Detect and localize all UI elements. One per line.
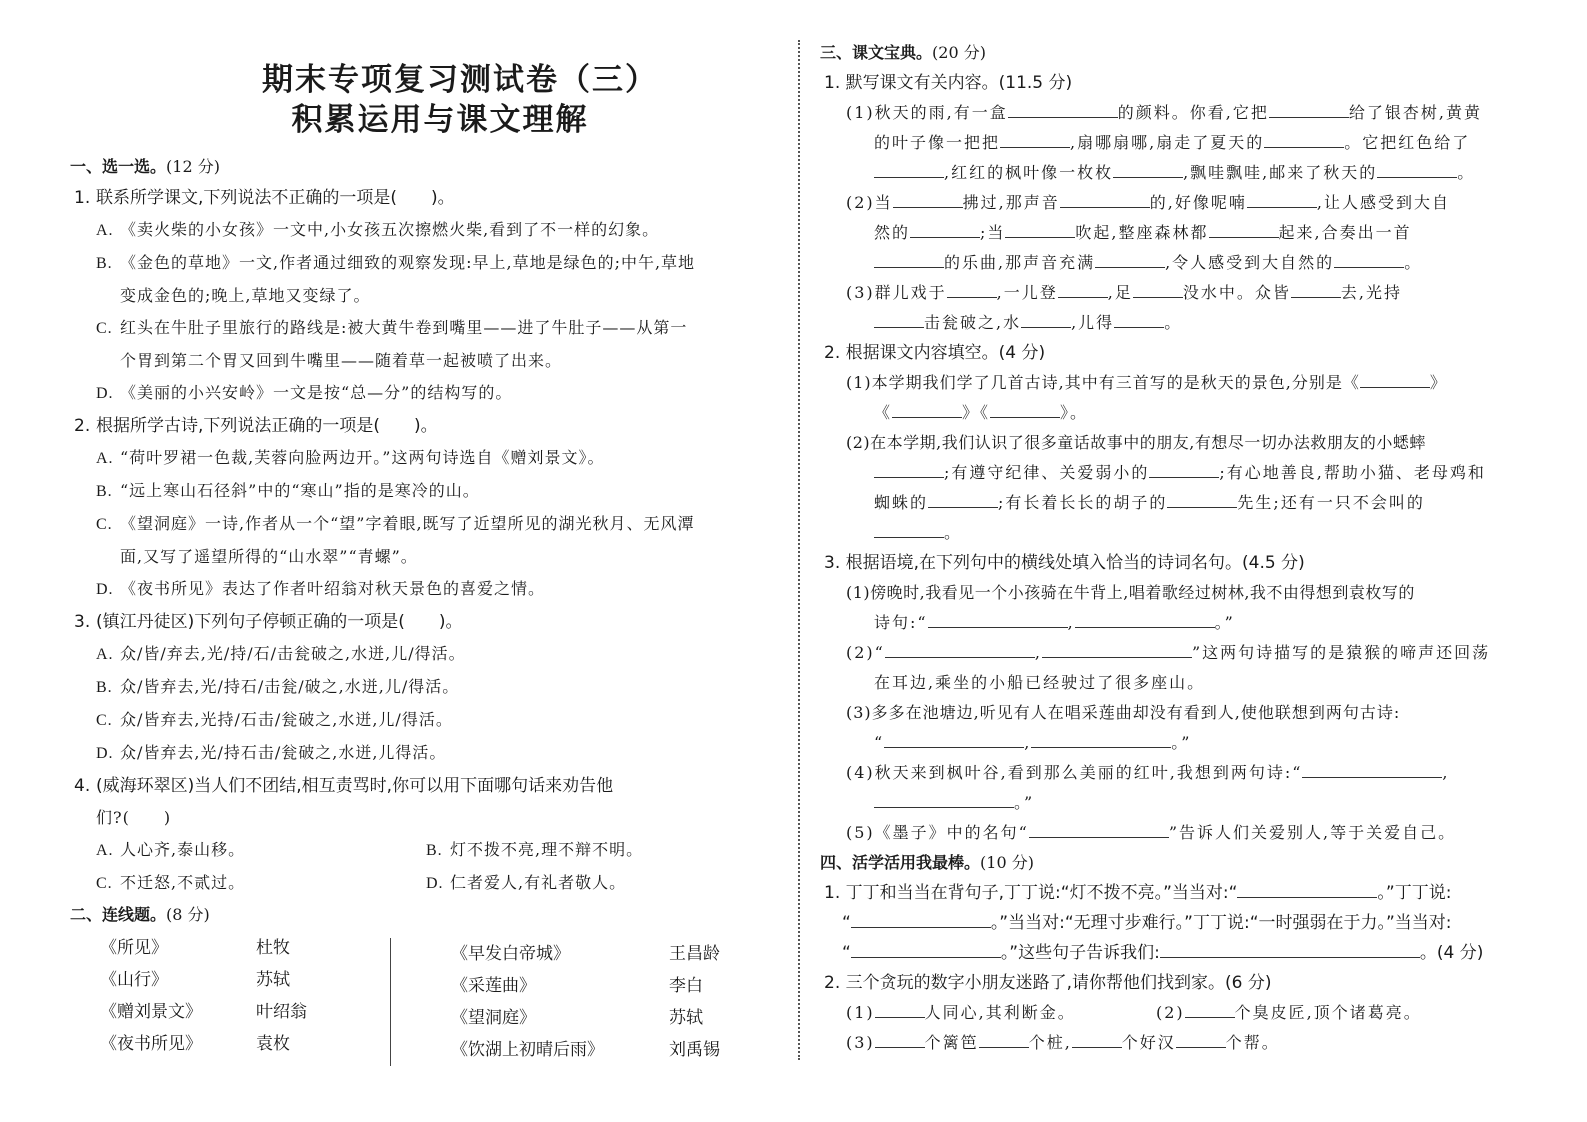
text-segment: 丁丁和当当在背句子,丁丁说:“灯不拨不亮。”当当对:“ [846,883,1238,903]
poet-name[interactable]: 苏轼 [669,1002,703,1034]
blank-field[interactable] [1264,130,1344,148]
option-c[interactable]: C.众/皆弃去,光持/石击/瓮破之,水迸,儿/得活。 [70,704,770,737]
text-segment: (4)秋天来到枫叶谷,看到那么美丽的红叶,我想到两句诗:“ [846,763,1302,782]
text-segment: 3. [74,606,96,638]
text-segment: D. [96,574,120,606]
text-segment: 一、选一选。 [70,157,166,176]
text-segment: 个好汉 [1122,1033,1176,1052]
poet-name[interactable]: 杜牧 [256,932,290,964]
text-segment: (12 分) [166,157,220,176]
text-segment: (10 分) [980,853,1034,872]
fill-paragraph: “。”当当对:“无理寸步难行。”丁丁说:“一时强弱在于力。”当当对: [820,908,1520,938]
text-segment: (3) [846,1033,875,1052]
text-segment: “ [842,943,851,963]
blank-field[interactable] [1060,190,1150,208]
text-segment: 。 [1404,253,1422,272]
text-segment: (2)在本学期,我们认识了很多童话故事中的朋友,有想尽一切办法救朋友的小蟋蟀 [846,433,1426,452]
fill-paragraph: 蜘蛛的;有长着长长的胡子的先生;还有一只不会叫的 [820,488,1520,518]
right-column: 三、课文宝典。(20 分) 1. 默写课文有关内容。(11.5 分) (1)秋天… [820,38,1520,1058]
blank-field[interactable] [928,610,1068,628]
fill-paragraph: 。 [820,518,1520,548]
text-segment: 《金色的草地》一文,作者通过细致的观察发现:早上,草地是绿色的;中午,草地 [120,253,695,272]
text-segment: C. [96,313,120,345]
fill-paragraph: (2)当拂过,那声音的,好像呢喃,让人感受到大自 [820,188,1520,218]
option-a[interactable]: A.《卖火柴的小女孩》一文中,小女孩五次擦燃火柴,看到了不一样的幻象。 [70,214,770,247]
option-c[interactable]: C.不迁怒,不贰过。 [70,867,400,900]
text-segment: (4 分) [1437,943,1483,963]
poem-title[interactable]: 《山行》 [100,964,256,996]
blank-field[interactable] [874,520,944,538]
text-segment: 。 [1164,313,1182,332]
blank-field[interactable] [1072,1030,1122,1048]
blank-field[interactable] [910,220,980,238]
option-a[interactable]: A.众/皆/弃去,光/持/石/击瓮破之,水迸,儿/得活。 [70,638,770,671]
text-segment: “ [842,913,851,933]
text-segment: ,让人感受到大自 [1317,193,1450,212]
text-segment: 击瓮破之,水 [924,313,1021,332]
s3-question-3: 3. 根据语境,在下列句中的横线处填入恰当的诗词名句。(4.5 分) [820,548,1520,578]
text-segment: 根据语境,在下列句中的横线处填入恰当的诗词名句。 [846,553,1242,573]
left-column: 期末专项复习测试卷（三） 积累运用与课文理解 一、选一选。(12 分) 1.联系… [70,60,770,1066]
match-row: 《望洞庭》苏轼 [451,1002,750,1034]
blank-field[interactable] [1237,880,1377,898]
blank-field[interactable] [1113,160,1183,178]
option-d[interactable]: D.众/皆弃去,光/持石击/瓮破之,水迸,儿得活。 [70,737,770,770]
text-segment: (1) [846,1003,875,1022]
text-segment: 去,光持 [1341,283,1402,302]
text-segment: , [1068,613,1075,632]
option-c-continued: 个胃到第二个胃又回到牛嘴里——随着草一起被喷了出来。 [70,345,770,377]
option-d[interactable]: D.《夜书所见》表达了作者叶绍翁对秋天景色的喜爱之情。 [70,573,770,606]
blank-field[interactable] [1133,280,1183,298]
text-segment: D. [426,868,450,900]
blank-field[interactable] [1095,250,1165,268]
text-segment: 的颜料。你看,它把 [1118,103,1269,122]
text-segment: ,飘哇飘哇,邮来了秋天的 [1183,163,1377,182]
poem-title[interactable]: 《夜书所见》 [100,1028,256,1060]
text-segment: 蜘蛛的 [874,493,928,512]
matching-group-right: 《早发白帝城》王昌龄 《采莲曲》李白 《望洞庭》苏轼 《饮湖上初晴后雨》刘禹锡 [390,938,750,1066]
blank-field[interactable] [884,730,1024,748]
option-b[interactable]: B.灯不拨不亮,理不辩不明。 [400,834,730,867]
option-a[interactable]: A.“荷叶罗裙一色裁,芙蓉向脸两边开。”这两句诗选自《赠刘景文》。 [70,442,770,475]
s3-question-1: 1. 默写课文有关内容。(11.5 分) [820,68,1520,98]
fill-paragraph: (3)多多在池塘边,听见有人在唱采莲曲却没有看到人,使他联想到两句古诗: [820,698,1520,728]
s4-question-2: 2. 三个贪玩的数字小朋友迷路了,请你帮他们找到家。(6 分) [820,968,1520,998]
blank-field[interactable] [851,910,991,928]
text-segment: D. [96,378,120,410]
fill-paragraph: 在耳边,乘坐的小船已经驶过了很多座山。 [820,668,1520,698]
exam-page: 期末专项复习测试卷（三） 积累运用与课文理解 一、选一选。(12 分) 1.联系… [0,0,1587,1122]
fill-paragraph: (1)本学期我们学了几首古诗,其中有三首写的是秋天的景色,分别是《》 [820,368,1520,398]
fill-paragraph: (1)秋天的雨,有一盒的颜料。你看,它把给了银杏树,黄黄 [820,98,1520,128]
text-segment: (1)本学期我们学了几首古诗,其中有三首写的是秋天的景色,分别是《 [846,373,1360,392]
option-a[interactable]: A.人心齐,泰山移。 [70,834,400,867]
text-segment: ,红红的枫叶像一枚枚 [944,163,1113,182]
text-segment: 三个贪玩的数字小朋友迷路了,请你帮他们找到家。 [846,973,1225,993]
text-segment: 灯不拨不亮,理不辩不明。 [450,840,643,859]
blank-field[interactable] [874,460,944,478]
text-segment: 个臭皮匠,顶个诸葛亮。 [1235,1003,1422,1022]
blank-field[interactable] [1291,280,1341,298]
fill-paragraph: (1)傍晚时,我看见一个小孩骑在牛背上,唱着歌经过树林,我不由得想到袁枚写的 [820,578,1520,608]
text-segment: 人心齐,泰山移。 [120,840,245,859]
poet-name[interactable]: 苏轼 [256,964,290,996]
fill-paragraph: “,。” [820,728,1520,758]
text-segment: 默写课文有关内容。 [846,73,999,93]
text-segment: (2) [1156,1003,1185,1022]
text-segment: A. [96,215,120,247]
text-segment: 。它把红色给了 [1344,133,1470,152]
text-segment: 2. [74,410,96,442]
blank-field[interactable] [1377,160,1457,178]
text-segment: 人同心,其利断金。 [925,1003,1076,1022]
option-c[interactable]: C.红头在牛肚子里旅行的路线是:被大黄牛卷到嘴里——进了牛肚子——从第一 [70,312,770,345]
text-segment: (8 分) [166,905,210,924]
text-segment: ,扇哪扇哪,扇走了夏天的 [1070,133,1264,152]
text-segment: (2)“ [846,643,885,662]
text-segment: 》 [1430,373,1447,392]
blank-field[interactable] [893,190,963,208]
option-c-continued: 面,又写了遥望所得的“山水翠”“青螺”。 [70,541,770,573]
blank-field[interactable] [1160,940,1420,958]
fill-paragraph: ;有遵守纪律、关爱弱小的;有心地善良,帮助小猫、老母鸡和 [820,458,1520,488]
text-segment: 2. [824,343,840,363]
blank-field[interactable] [1360,370,1430,388]
blank-field[interactable] [892,400,962,418]
fill-paragraph: (3)个篱笆个桩,个好汉个帮。 [820,1028,1520,1058]
text-segment: B. [96,476,120,508]
blank-field[interactable] [851,940,1001,958]
text-segment: 不迁怒,不贰过。 [120,873,245,892]
text-segment: (1)秋天的雨,有一盒 [846,103,1008,122]
text-segment: 1. [824,883,840,903]
blank-field[interactable] [979,1030,1029,1048]
text-segment: 。” [1215,613,1235,632]
match-row: 《饮湖上初晴后雨》刘禹锡 [451,1034,750,1066]
text-segment: 《望洞庭》一诗,作者从一个“望”字着眼,既写了近望所见的湖光秋月、无风潭 [120,514,695,533]
text-segment: 众/皆弃去,光/持石/击瓮/破之,水迸,儿/得活。 [120,677,459,696]
text-segment: A. [96,639,120,671]
text-segment: , [1442,763,1449,782]
blank-field[interactable] [1029,820,1169,838]
text-segment: 。 [1420,943,1437,963]
text-segment: 。”当当对:“无理寸步难行。”丁丁说:“一时强弱在于力。”当当对: [991,913,1452,933]
text-segment: ;有心地善良,帮助小猫、老母鸡和 [1219,463,1485,482]
text-segment: 根据所学古诗,下列说法正确的一项是( )。 [96,416,438,436]
blank-field[interactable] [1247,190,1317,208]
poem-title[interactable]: 《望洞庭》 [451,1002,669,1034]
blank-field[interactable] [874,160,944,178]
text-segment: 个桩, [1029,1033,1072,1052]
text-segment: 联系所学课文,下列说法不正确的一项是( )。 [96,188,455,208]
question-1: 1.联系所学课文,下列说法不正确的一项是( )。 [70,182,770,214]
fill-paragraph: (2)在本学期,我们认识了很多童话故事中的朋友,有想尽一切办法救朋友的小蟋蟀 [820,428,1520,458]
blank-field[interactable] [928,490,998,508]
text-segment: “荷叶罗裙一色裁,芙蓉向脸两边开。”这两句诗选自《赠刘景文》。 [120,448,604,467]
option-b[interactable]: B.众/皆弃去,光/持石/击瓮/破之,水迸,儿/得活。 [70,671,770,704]
blank-field[interactable] [1058,280,1108,298]
option-c[interactable]: C.《望洞庭》一诗,作者从一个“望”字着眼,既写了近望所见的湖光秋月、无风潭 [70,508,770,541]
fill-paragraph: (5)《墨子》中的名句“”告诉人们关爱别人,等于关爱自己。 [820,818,1520,848]
text-segment: 的,好像呢喃 [1150,193,1247,212]
text-segment: ”这两句诗描写的是猿猴的啼声还回荡 [1192,643,1490,662]
text-segment: ”告诉人们关爱别人,等于关爱自己。 [1169,823,1456,842]
text-segment: (2)当 [846,193,893,212]
poet-name[interactable]: 叶绍翁 [256,996,307,1028]
text-segment: 的叶子像一把把 [874,133,1000,152]
text-segment: 个篱笆 [925,1033,979,1052]
text-segment: 1. [74,182,96,214]
text-segment: 给了银杏树,黄黄 [1349,103,1482,122]
poet-name[interactable]: 刘禹锡 [669,1034,720,1066]
text-segment: , [1024,733,1031,752]
text-segment: (镇江丹徒区)下列句子停顿正确的一项是( )。 [96,612,463,632]
text-segment: ,令人感受到大自然的 [1165,253,1334,272]
page-divider [798,40,800,1060]
s4-question-1: 1. 丁丁和当当在背句子,丁丁说:“灯不拨不亮。”当当对:“。”丁丁说: [820,878,1520,908]
question-4-continued: 们?( ) [70,802,770,834]
text-segment: 3. [824,553,840,573]
section-1-heading: 一、选一选。(12 分) [70,152,770,182]
blank-field[interactable] [1000,130,1070,148]
question-4: 4.(威海环翠区)当人们不团结,相互责骂时,你可以用下面哪句话来劝告他 [70,770,770,802]
text-segment: 二、连线题。 [70,905,166,924]
blank-field[interactable] [947,280,997,298]
text-segment: B. [426,835,450,867]
text-segment: (威海环翠区)当人们不团结,相互责骂时,你可以用下面哪句话来劝告他 [96,776,613,796]
poem-title[interactable]: 《所见》 [100,932,256,964]
text-segment: 。”这些句子告诉我们: [1001,943,1160,963]
text-segment: 起来,合奏出一首 [1279,223,1412,242]
text-segment: 《夜书所见》表达了作者叶绍翁对秋天景色的喜爱之情。 [120,579,545,598]
blank-field[interactable] [1176,1030,1226,1048]
text-segment: 三、课文宝典。 [820,43,932,62]
option-b-continued: 变成金色的;晚上,草地又变绿了。 [70,280,770,312]
s3-question-2: 2. 根据课文内容填空。(4 分) [820,338,1520,368]
blank-field[interactable] [1021,310,1071,328]
text-segment: (1)傍晚时,我看见一个小孩骑在牛背上,唱着歌经过树林,我不由得想到袁枚写的 [846,583,1415,602]
match-row: 《早发白帝城》王昌龄 [451,938,750,970]
text-segment: 红头在牛肚子里旅行的路线是:被大黄牛卷到嘴里——进了牛肚子——从第一 [120,318,687,337]
poet-name[interactable]: 袁枚 [256,1028,290,1060]
match-row: 《山行》苏轼 [100,964,390,996]
option-b[interactable]: B.“远上寒山石径斜”中的“寒山”指的是寒冷的山。 [70,475,770,508]
blank-field[interactable] [1269,100,1349,118]
options-row: C.不迁怒,不贰过。 D.仁者爱人,有礼者敬人。 [70,867,770,900]
text-segment: (3)群儿戏于 [846,283,947,302]
blank-field[interactable] [874,250,944,268]
text-segment: 四、活学活用我最棒。 [820,853,980,872]
fill-paragraph: (4)秋天来到枫叶谷,看到那么美丽的红叶,我想到两句诗:“, [820,758,1520,788]
poet-name[interactable]: 王昌龄 [669,938,720,970]
fill-paragraph: (1)人同心,其利断金。(2)个臭皮匠,顶个诸葛亮。 [820,998,1520,1028]
blank-field[interactable] [1042,640,1192,658]
fill-paragraph: 击瓮破之,水,儿得。 [820,308,1520,338]
text-segment: ;有长着长长的胡子的 [998,493,1167,512]
text-segment: 众/皆弃去,光/持石击/瓮破之,水迸,儿得活。 [120,743,446,762]
text-segment: 4. [74,770,96,802]
text-segment: B. [96,672,120,704]
text-segment: “远上寒山石径斜”中的“寒山”指的是寒冷的山。 [120,481,480,500]
text-segment: 2. [824,973,840,993]
text-segment: 》。 [1060,403,1088,422]
fill-paragraph: 《》《》。 [820,398,1520,428]
text-segment: (20 分) [932,43,986,62]
text-segment: (3)多多在池塘边,听见有人在唱采莲曲却没有看到人,使他联想到两句古诗: [846,703,1400,722]
text-segment: 众/皆/弃去,光/持/石/击瓮破之,水迸,儿/得活。 [120,644,466,663]
text-segment: ;有遵守纪律、关爱弱小的 [944,463,1149,482]
text-segment: 》《 [962,403,990,422]
text-segment: 吹起,整座森林都 [1075,223,1208,242]
blank-field[interactable] [874,310,924,328]
fill-paragraph: ,红红的枫叶像一枚枚,飘哇飘哇,邮来了秋天的。 [820,158,1520,188]
text-segment: 1. [824,73,840,93]
blank-field[interactable] [990,400,1060,418]
poem-title[interactable]: 《采莲曲》 [451,970,669,1002]
section-3-heading: 三、课文宝典。(20 分) [820,38,1520,68]
text-segment: C. [96,868,120,900]
text-segment: (4 分) [999,343,1045,363]
text-segment: 。 [1457,163,1475,182]
poet-name[interactable]: 李白 [669,970,703,1002]
exam-subtitle: 积累运用与课文理解 [70,100,770,140]
fill-paragraph: (2)“,”这两句诗描写的是猿猴的啼声还回荡 [820,638,1520,668]
text-segment: A. [96,443,120,475]
text-segment: 先生;还有一只不会叫的 [1237,493,1424,512]
text-segment: 在耳边,乘坐的小船已经驶过了很多座山。 [874,673,1205,692]
blank-field[interactable] [1075,610,1215,628]
match-row: 《夜书所见》袁枚 [100,1028,390,1060]
blank-field[interactable] [875,1030,925,1048]
section-4-heading: 四、活学活用我最棒。(10 分) [820,848,1520,878]
blank-field[interactable] [1334,250,1404,268]
option-d[interactable]: D.仁者爱人,有礼者敬人。 [400,867,730,900]
fill-paragraph: 。” [820,788,1520,818]
blank-field[interactable] [1209,220,1279,238]
fill-paragraph: “。”这些句子告诉我们:。(4 分) [820,938,1520,968]
text-segment: 。”丁丁说: [1377,883,1451,903]
blank-field[interactable] [1185,1000,1235,1018]
text-segment: 《美丽的小兴安岭》一文是按“总—分”的结构写的。 [120,383,512,402]
poem-title[interactable]: 《饮湖上初晴后雨》 [451,1034,669,1066]
blank-field[interactable] [1149,460,1219,478]
match-row: 《赠刘景文》叶绍翁 [100,996,390,1028]
match-row: 《采莲曲》李白 [451,970,750,1002]
text-segment: 众/皆弃去,光持/石击/瓮破之,水迸,儿/得活。 [120,710,453,729]
text-segment: , [1035,643,1042,662]
text-segment: (11.5 分) [999,73,1073,93]
text-segment: 。” [1171,733,1191,752]
poem-title[interactable]: 《早发白帝城》 [451,938,669,970]
option-b[interactable]: B.《金色的草地》一文,作者通过细致的观察发现:早上,草地是绿色的;中午,草地 [70,247,770,280]
fill-paragraph: 然的;当吹起,整座森林都起来,合奏出一首 [820,218,1520,248]
text-segment: D. [96,738,120,770]
blank-field[interactable] [1167,490,1237,508]
match-row: 《所见》杜牧 [100,932,390,964]
blank-field[interactable] [1302,760,1442,778]
text-segment: B. [96,248,120,280]
text-segment: 没水中。众皆 [1183,283,1291,302]
fill-paragraph: (3)群儿戏于,一儿登,足没水中。众皆去,光持 [820,278,1520,308]
fill-paragraph: 的叶子像一把把,扇哪扇哪,扇走了夏天的。它把红色给了 [820,128,1520,158]
matching-exercise: 《所见》杜牧 《山行》苏轼 《赠刘景文》叶绍翁 《夜书所见》袁枚 《早发白帝城》… [70,932,770,1066]
text-segment: 的乐曲,那声音充满 [944,253,1095,272]
text-segment: ,儿得 [1071,313,1114,332]
text-segment: (6 分) [1225,973,1271,993]
text-segment: 。” [1014,793,1034,812]
text-segment: 根据课文内容填空。 [846,343,999,363]
exam-title: 期末专项复习测试卷（三） [70,60,770,100]
matching-group-left: 《所见》杜牧 《山行》苏轼 《赠刘景文》叶绍翁 《夜书所见》袁枚 [70,932,390,1066]
section-2-heading: 二、连线题。(8 分) [70,900,770,930]
blank-field[interactable] [1005,220,1075,238]
blank-field[interactable] [885,640,1035,658]
blank-field[interactable] [1008,100,1118,118]
options-row: A.人心齐,泰山移。 B.灯不拨不亮,理不辩不明。 [70,834,770,867]
text-segment: ;当 [980,223,1005,242]
fill-paragraph: 诗句:“,。” [820,608,1520,638]
text-segment: 仁者爱人,有礼者敬人。 [450,873,626,892]
fill-paragraph: 的乐曲,那声音充满,令人感受到大自然的。 [820,248,1520,278]
text-segment: 《 [874,403,892,422]
blank-field[interactable] [1114,310,1164,328]
question-3: 3.(镇江丹徒区)下列句子停顿正确的一项是( )。 [70,606,770,638]
question-2: 2.根据所学古诗,下列说法正确的一项是( )。 [70,410,770,442]
text-segment: 然的 [874,223,910,242]
text-segment: 拂过,那声音 [963,193,1060,212]
text-segment: A. [96,835,120,867]
text-segment: 个帮。 [1226,1033,1280,1052]
text-segment: (4.5 分) [1242,553,1305,573]
text-segment: ,足 [1108,283,1133,302]
text-segment: ,一儿登 [997,283,1058,302]
text-segment: “ [874,733,884,752]
blank-field[interactable] [875,1000,925,1018]
blank-field[interactable] [874,790,1014,808]
text-segment: 诗句:“ [874,613,928,632]
text-segment: 。 [944,523,962,542]
text-segment: (5)《墨子》中的名句“ [846,823,1029,842]
text-segment: C. [96,705,120,737]
blank-field[interactable] [1031,730,1171,748]
text-segment: 《卖火柴的小女孩》一文中,小女孩五次擦燃火柴,看到了不一样的幻象。 [120,220,659,239]
text-segment: C. [96,509,120,541]
option-d[interactable]: D.《美丽的小兴安岭》一文是按“总—分”的结构写的。 [70,377,770,410]
poem-title[interactable]: 《赠刘景文》 [100,996,256,1028]
